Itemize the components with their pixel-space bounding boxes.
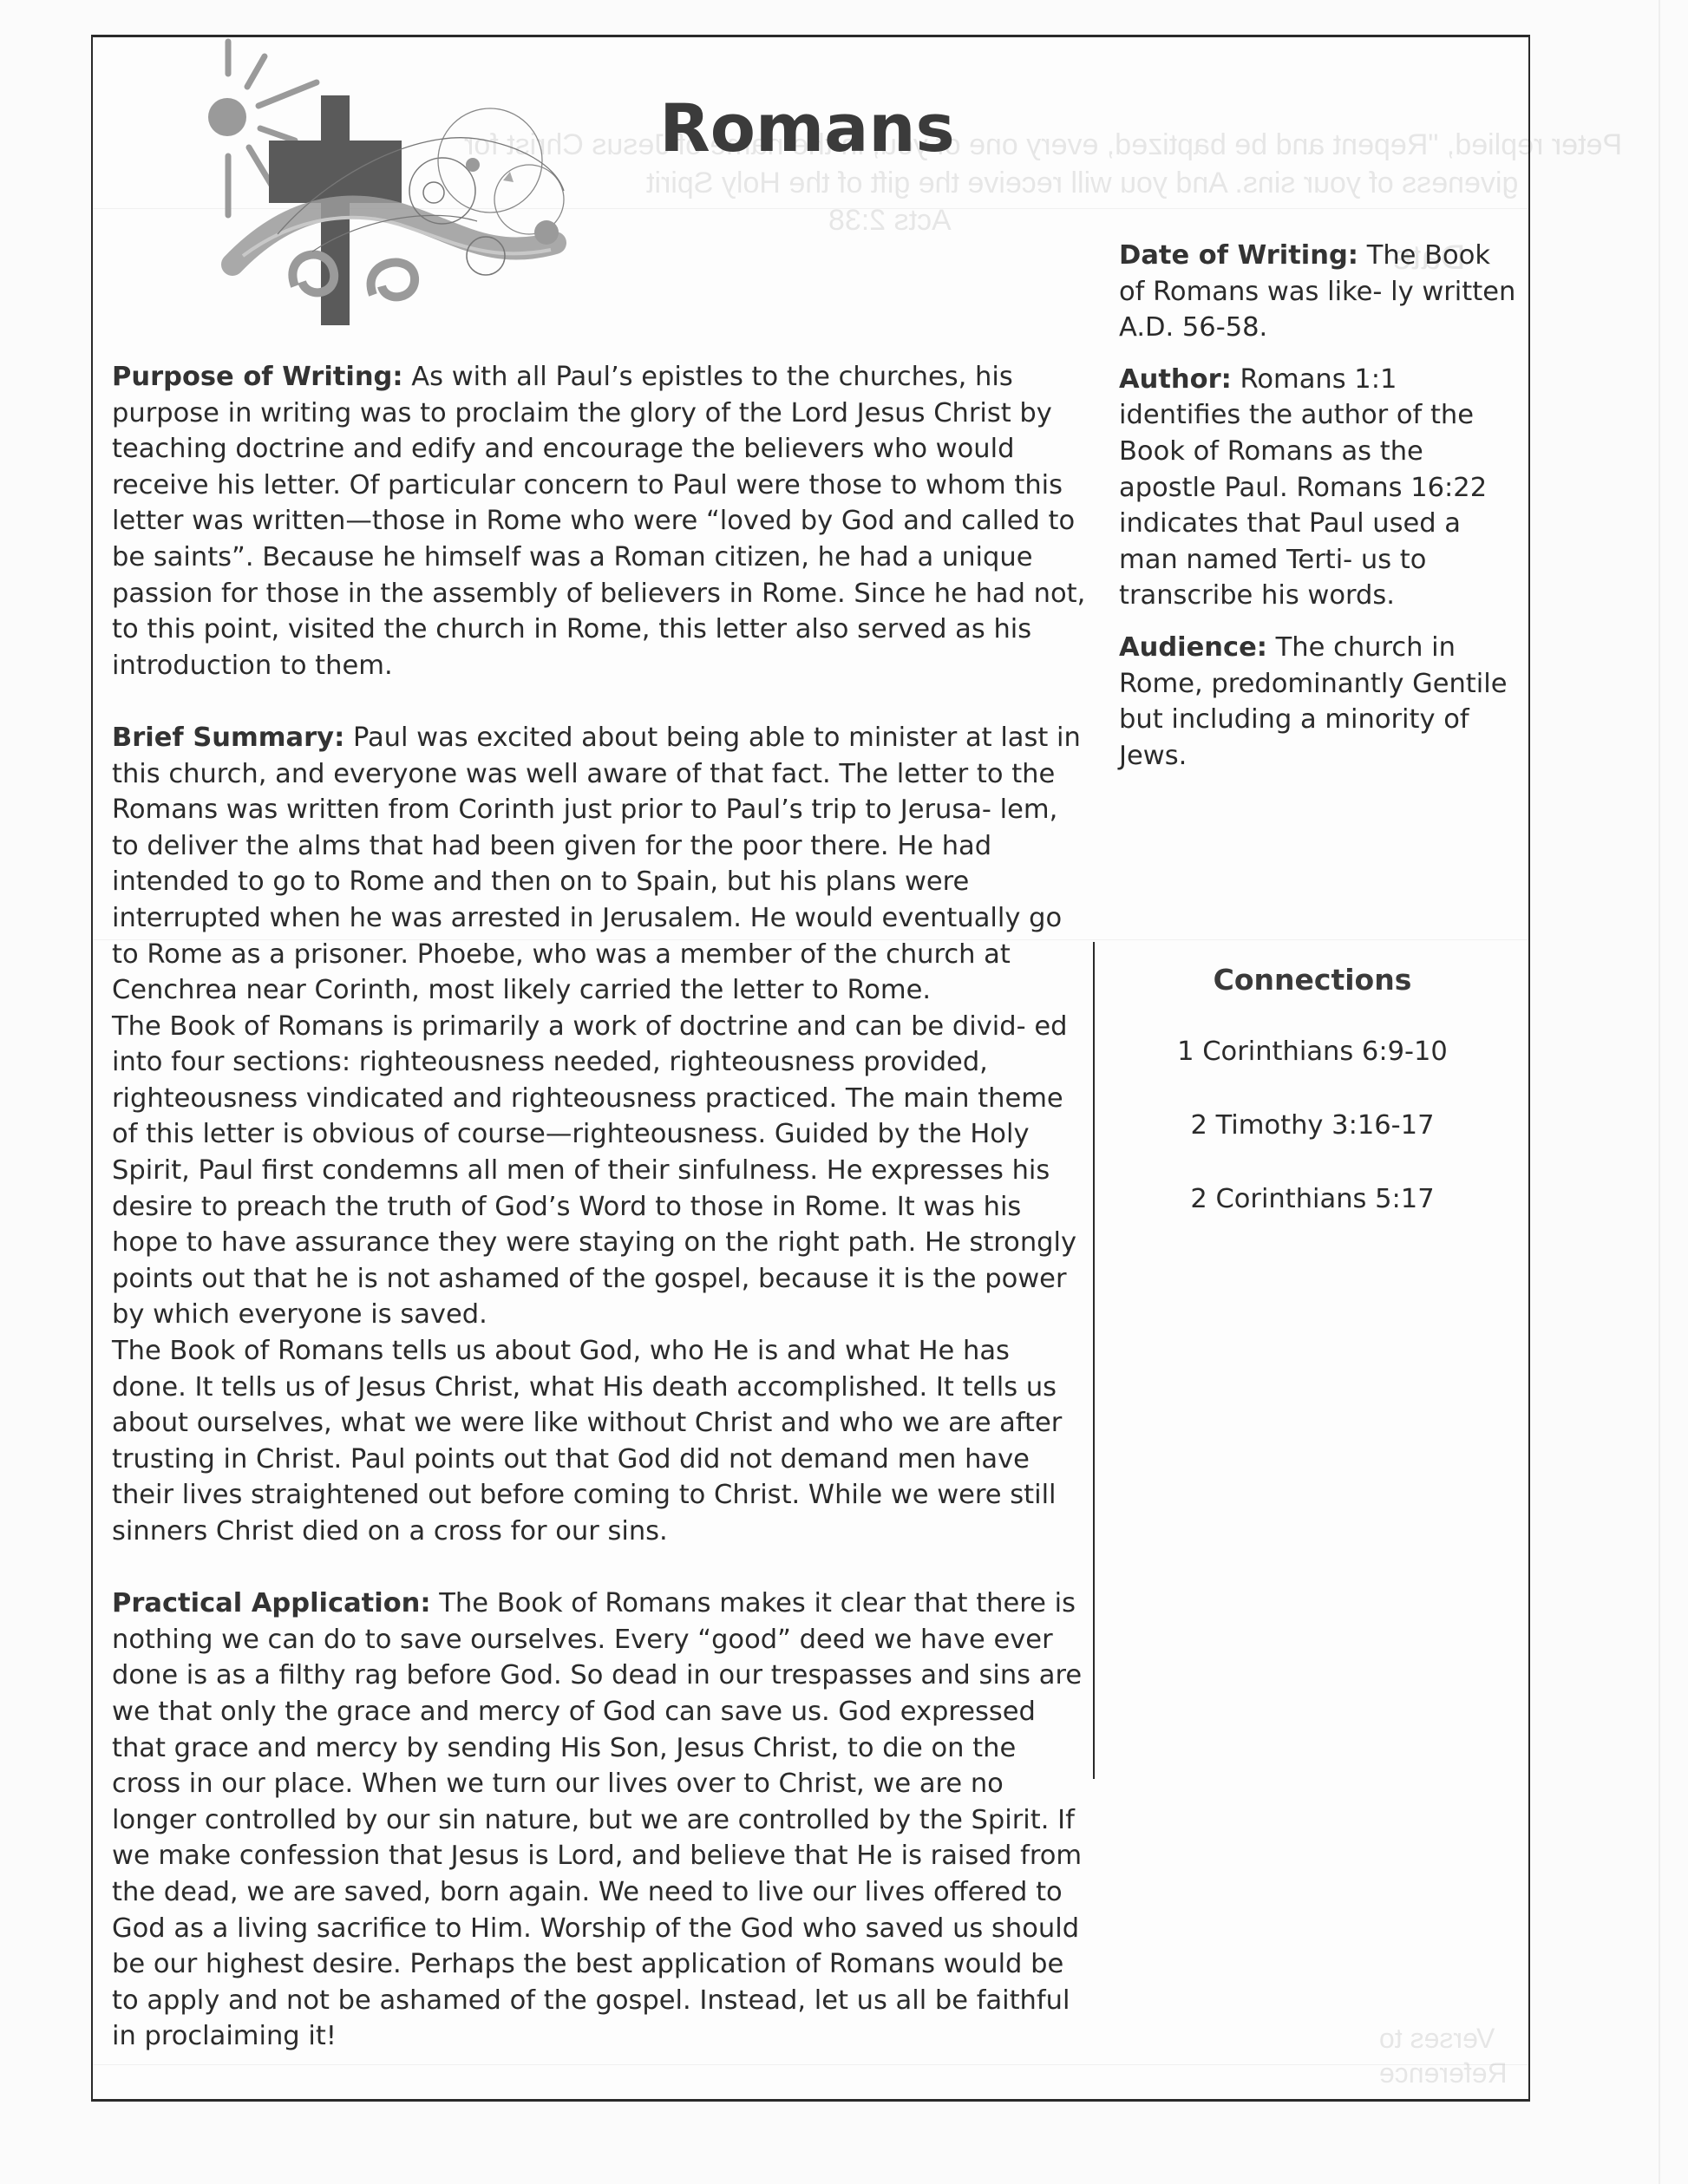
sidebar-facts: Date of Writing: The Book of Romans was … <box>1119 238 1518 789</box>
author-block: Author: Romans 1:1 identifies the author… <box>1119 362 1518 614</box>
connections-heading: Connections <box>1095 961 1530 999</box>
connection-reference: 1 Corinthians 6:9-10 <box>1095 1034 1530 1070</box>
bleed-through-verse-line-2: giveness of your sins. And you will rece… <box>646 167 1518 200</box>
brief-summary-text: Paul was excited about being able to min… <box>112 723 1081 1005</box>
purpose-of-writing-text: As with all Paul’s epistles to the churc… <box>112 362 1085 681</box>
connections-list: 1 Corinthians 6:9-10 2 Timothy 3:16-17 2… <box>1095 1034 1530 1218</box>
practical-application-text: The Book of Romans makes it clear that t… <box>112 1588 1082 2051</box>
bleed-verses-line-2: Reference <box>1379 2056 1508 2090</box>
audience-label: Audience: <box>1119 632 1267 663</box>
author-text: Romans 1:1 identifies the author of the … <box>1119 364 1487 611</box>
date-of-writing-label: Date of Writing: <box>1119 240 1358 271</box>
connection-reference: 2 Timothy 3:16-17 <box>1095 1108 1530 1144</box>
main-column: Purpose of Writing: As with all Paul’s e… <box>112 359 1092 2055</box>
page-title-text: Romans <box>659 89 955 167</box>
practical-application-label: Practical Application: <box>112 1588 431 1618</box>
bleed-through-verse-citation: Acts 2:38 <box>828 204 952 238</box>
bleed-through-verses-label: Verses to Reference <box>1379 2021 1508 2090</box>
purpose-of-writing-label: Purpose of Writing: <box>112 362 403 392</box>
brief-summary-label: Brief Summary: <box>112 723 344 753</box>
connection-reference: 2 Corinthians 5:17 <box>1095 1181 1530 1218</box>
brief-summary-paragraph-3: The Book of Romans tells us about God, w… <box>112 1333 1092 1550</box>
cross-sun-swirl-illustration <box>191 35 572 334</box>
page-title: Romans <box>91 89 1530 167</box>
date-of-writing-block: Date of Writing: The Book of Romans was … <box>1119 238 1518 346</box>
bleed-verses-line-1: Verses to <box>1379 2021 1508 2056</box>
purpose-of-writing-paragraph: Purpose of Writing: As with all Paul’s e… <box>112 359 1092 683</box>
paragraph-spacer <box>112 683 1092 720</box>
author-label: Author: <box>1119 364 1232 395</box>
brief-summary-paragraph-2: The Book of Romans is primarily a work o… <box>112 1009 1092 1333</box>
connections-panel: Connections 1 Corinthians 6:9-10 2 Timot… <box>1095 961 1530 1255</box>
page-edge <box>1659 0 1660 2184</box>
ruled-line <box>93 2064 1528 2065</box>
audience-block: Audience: The church in Rome, predominan… <box>1119 630 1518 774</box>
practical-application-paragraph: Practical Application: The Book of Roman… <box>112 1586 1092 2055</box>
paragraph-spacer <box>112 1550 1092 1586</box>
brief-summary-paragraph: Brief Summary: Paul was excited about be… <box>112 720 1092 1009</box>
